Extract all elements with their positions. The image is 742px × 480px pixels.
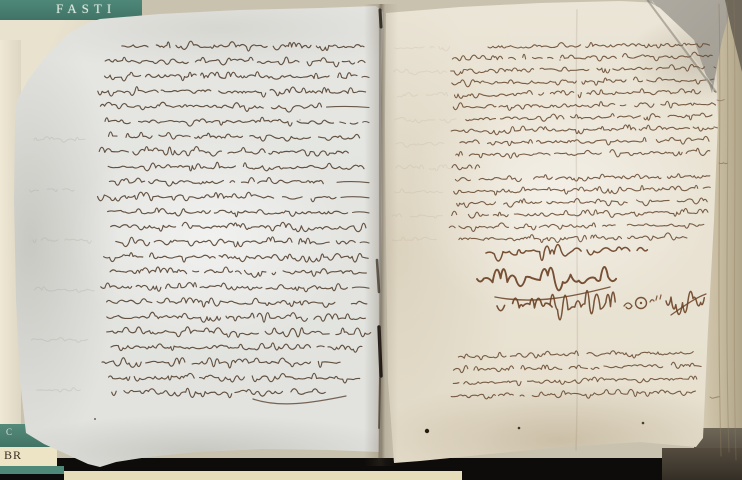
manuscript-scan: FASTI C BR [0,0,742,480]
spine-label: BR [0,447,57,466]
cover-bottom-strip [0,466,64,474]
spine-patch-letter: C [6,427,12,437]
lower-cover-strip [64,471,462,480]
gutter-shadow [364,4,398,466]
bottom-left-shadow [0,474,64,480]
spine-label-text: BR [4,448,22,463]
cover-title-fragment: FASTI [56,1,116,17]
bottom-right-cover [662,448,742,480]
